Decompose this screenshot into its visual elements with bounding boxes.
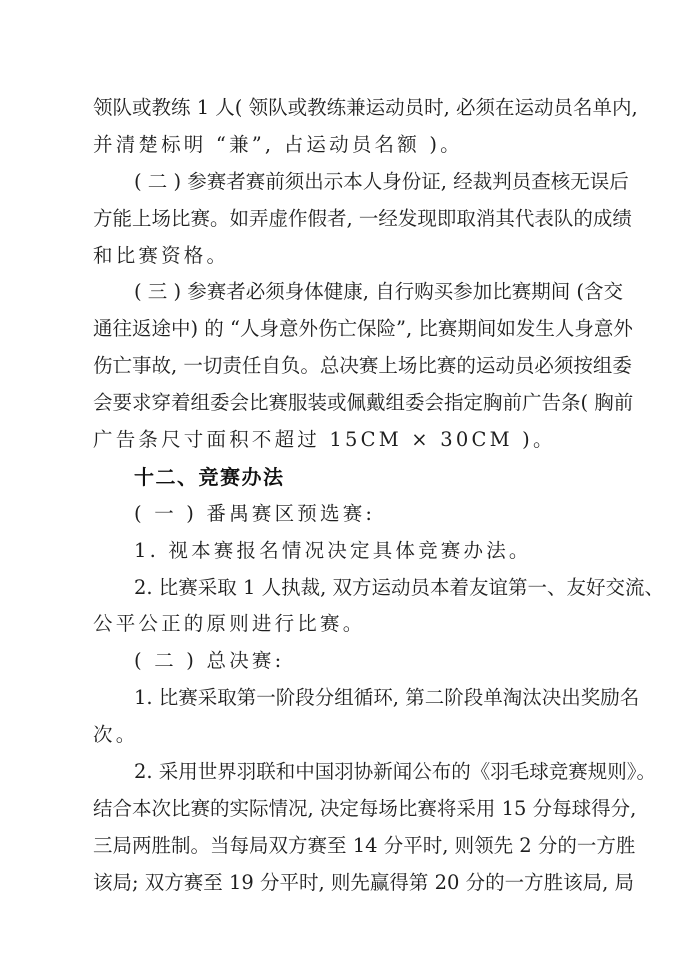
paragraph-line: 三局两胜制。当每局双方赛至 14 分平时, 则领先 2 分的一方胜	[93, 828, 599, 865]
paragraph-line: 会要求穿着组委会比赛服装或佩戴组委会指定胸前广告条( 胸前	[93, 385, 599, 422]
paragraph-line: 2. 采用世界羽联和中国羽协新闻公布的《羽毛球竞赛规则》。	[93, 754, 599, 791]
paragraph-line: 通往返途中) 的 “人身意外伤亡保险”, 比赛期间如发生人身意外	[93, 311, 599, 348]
paragraph-line: ( 三 ) 参赛者必须身体健康, 自行购买参加比赛期间 (含交	[93, 274, 599, 311]
paragraph-line: 2. 比赛采取 1 人执裁, 双方运动员本着友谊第一、友好交流、	[93, 570, 599, 607]
paragraph-line: 广告条尺寸面积不超过 15CM × 30CM )。	[93, 422, 599, 459]
paragraph-line: 并清楚标明 “兼”, 占运动员名额 )。	[93, 127, 599, 164]
paragraph-line: 伤亡事故, 一切责任自负。总决赛上场比赛的运动员必须按组委	[93, 348, 599, 385]
paragraph-line: 和比赛资格。	[93, 238, 599, 275]
subsection-heading: ( 二 ) 总决赛:	[93, 643, 599, 680]
paragraph-line: ( 二 ) 参赛者赛前须出示本人身份证, 经裁判员查核无误后	[93, 164, 599, 201]
paragraph-line: 结合本次比赛的实际情况, 决定每场比赛将采用 15 分每球得分,	[93, 791, 599, 828]
paragraph-line: 次。	[93, 717, 599, 754]
paragraph-line: 1. 视本赛报名情况决定具体竞赛办法。	[93, 533, 599, 570]
paragraph-line: 公平公正的原则进行比赛。	[93, 606, 599, 643]
paragraph-line: 该局; 双方赛至 19 分平时, 则先赢得第 20 分的一方胜该局, 局	[93, 865, 599, 902]
paragraph-line: 方能上场比赛。如弄虚作假者, 一经发现即取消其代表队的成绩	[93, 201, 599, 238]
document-body: 领队或教练 1 人( 领队或教练兼运动员时, 必须在运动员名单内, 并清楚标明 …	[93, 90, 599, 902]
paragraph-line: 1. 比赛采取第一阶段分组循环, 第二阶段单淘汰决出奖励名	[93, 680, 599, 717]
subsection-heading: ( 一 ) 番禺赛区预选赛:	[93, 496, 599, 533]
section-heading: 十二、竞赛办法	[93, 459, 599, 496]
document-page: 领队或教练 1 人( 领队或教练兼运动员时, 必须在运动员名单内, 并清楚标明 …	[0, 0, 688, 973]
paragraph-line: 领队或教练 1 人( 领队或教练兼运动员时, 必须在运动员名单内,	[93, 90, 599, 127]
